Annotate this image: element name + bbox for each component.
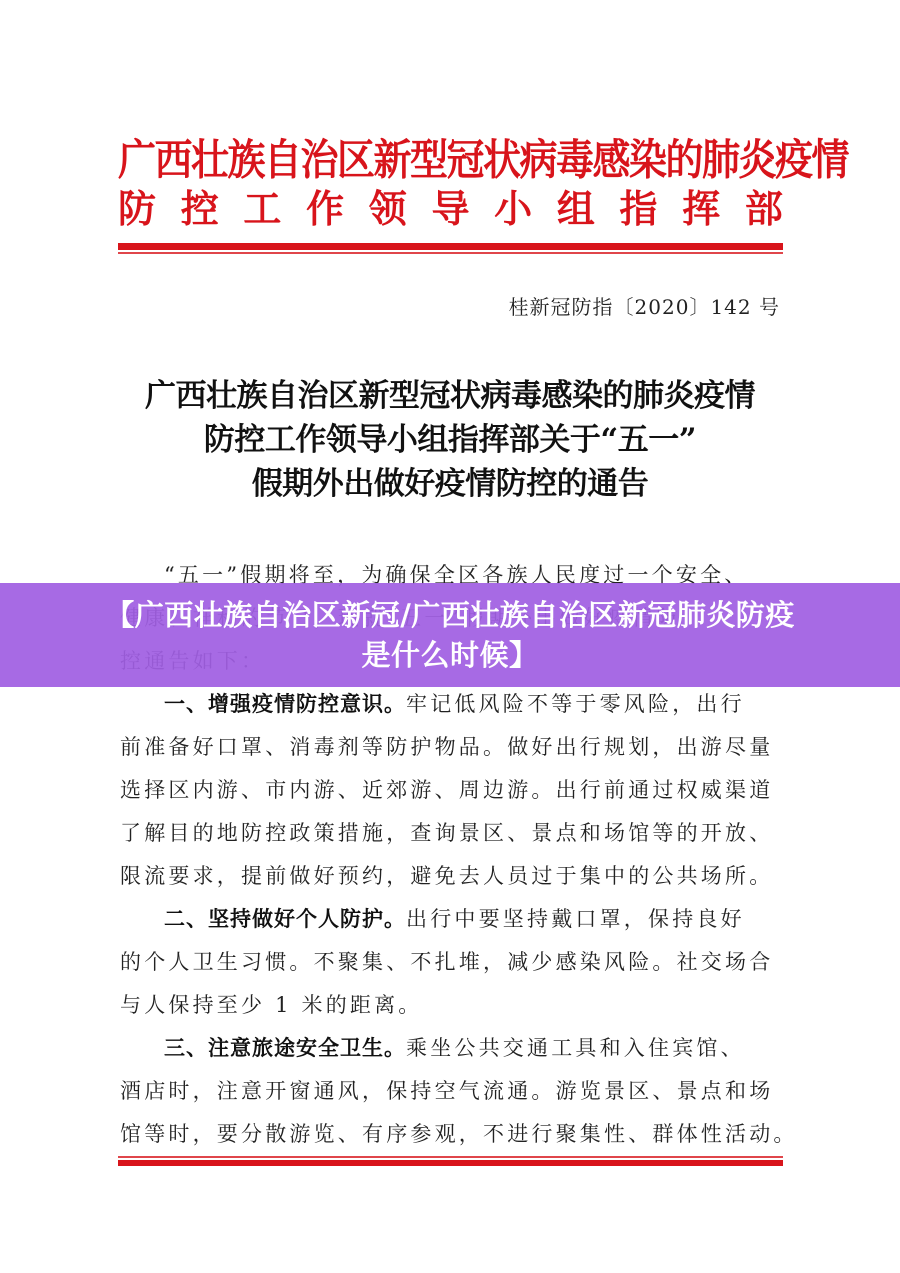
section-heading: 二、坚持做好个人防护。 (164, 907, 406, 931)
document-number: 桂新冠防指〔2020〕142 号 (509, 293, 780, 321)
document-title-line3: 假期外出做好疫情防控的通告 (0, 462, 900, 506)
masthead-char: 工 (243, 186, 281, 232)
masthead-char: 防 (118, 186, 156, 232)
masthead-char: 作 (306, 186, 344, 232)
masthead-char: 领 (369, 186, 407, 232)
banner-title-line2: 是什么时候】 (361, 635, 538, 675)
masthead-char: 小 (494, 186, 532, 232)
masthead-char: 组 (557, 186, 595, 232)
section-line: 限流要求，提前做好预约，避免去人员过于集中的公共场所。 (120, 861, 782, 891)
section-text: 牢记低风险不等于零风险，出行 (406, 692, 745, 716)
section-line: 了解目的地防控政策措施，查询景区、景点和场馆等的开放、 (120, 818, 782, 848)
section-first-line: 三、注意旅途安全卫生。乘坐公共交通工具和入住宾馆、 (164, 1033, 826, 1063)
masthead-char: 挥 (682, 186, 720, 232)
section-line: 的个人卫生习惯。不聚集、不扎堆，减少感染风险。社交场合 (120, 947, 782, 977)
masthead-title-line1: 广西壮族自治区新型冠状病毒感染的肺炎疫情 (118, 134, 783, 186)
document-title-line1: 广西壮族自治区新型冠状病毒感染的肺炎疫情 (0, 374, 900, 418)
section-first-line: 二、坚持做好个人防护。出行中要坚持戴口罩，保持良好 (164, 904, 826, 934)
section-line: 前准备好口罩、消毒剂等防护物品。做好出行规划，出游尽量 (120, 732, 782, 762)
section-heading: 三、注意旅途安全卫生。 (164, 1036, 406, 1060)
footer-red-rule (118, 1156, 783, 1166)
masthead-char: 导 (431, 186, 469, 232)
banner-title-line1: 【广西壮族自治区新冠/广西壮族自治区新冠肺炎防疫 (105, 595, 795, 635)
section-text: 出行中要坚持戴口罩，保持良好 (406, 907, 745, 931)
section-text: 乘坐公共交通工具和入住宾馆、 (406, 1036, 745, 1060)
section-line: 与人保持至少 1 米的距离。 (120, 990, 782, 1020)
masthead-title-line2: 防 控 工 作 领 导 小 组 指 挥 部 (118, 186, 783, 232)
document-page: 广西壮族自治区新型冠状病毒感染的肺炎疫情 防 控 工 作 领 导 小 组 指 挥… (0, 0, 900, 1273)
section-line: 酒店时，注意开窗通风，保持空气流通。游览景区、景点和场 (120, 1076, 782, 1106)
masthead-char: 指 (620, 186, 658, 232)
section-first-line: 一、增强疫情防控意识。牢记低风险不等于零风险，出行 (164, 689, 826, 719)
section-line: 选择区内游、市内游、近郊游、周边游。出行前通过权威渠道 (120, 775, 782, 805)
section-line: 馆等时，要分散游览、有序参观，不进行聚集性、群体性活动。 (120, 1119, 782, 1149)
masthead-char: 部 (745, 186, 783, 232)
section-heading: 一、增强疫情防控意识。 (164, 692, 406, 716)
masthead-char: 控 (181, 186, 219, 232)
document-title-line2: 防控工作领导小组指挥部关于“五一” (0, 418, 900, 462)
masthead-red-rule (118, 243, 783, 254)
title-overlay-banner: 【广西壮族自治区新冠/广西壮族自治区新冠肺炎防疫 是什么时候】 (0, 583, 900, 687)
